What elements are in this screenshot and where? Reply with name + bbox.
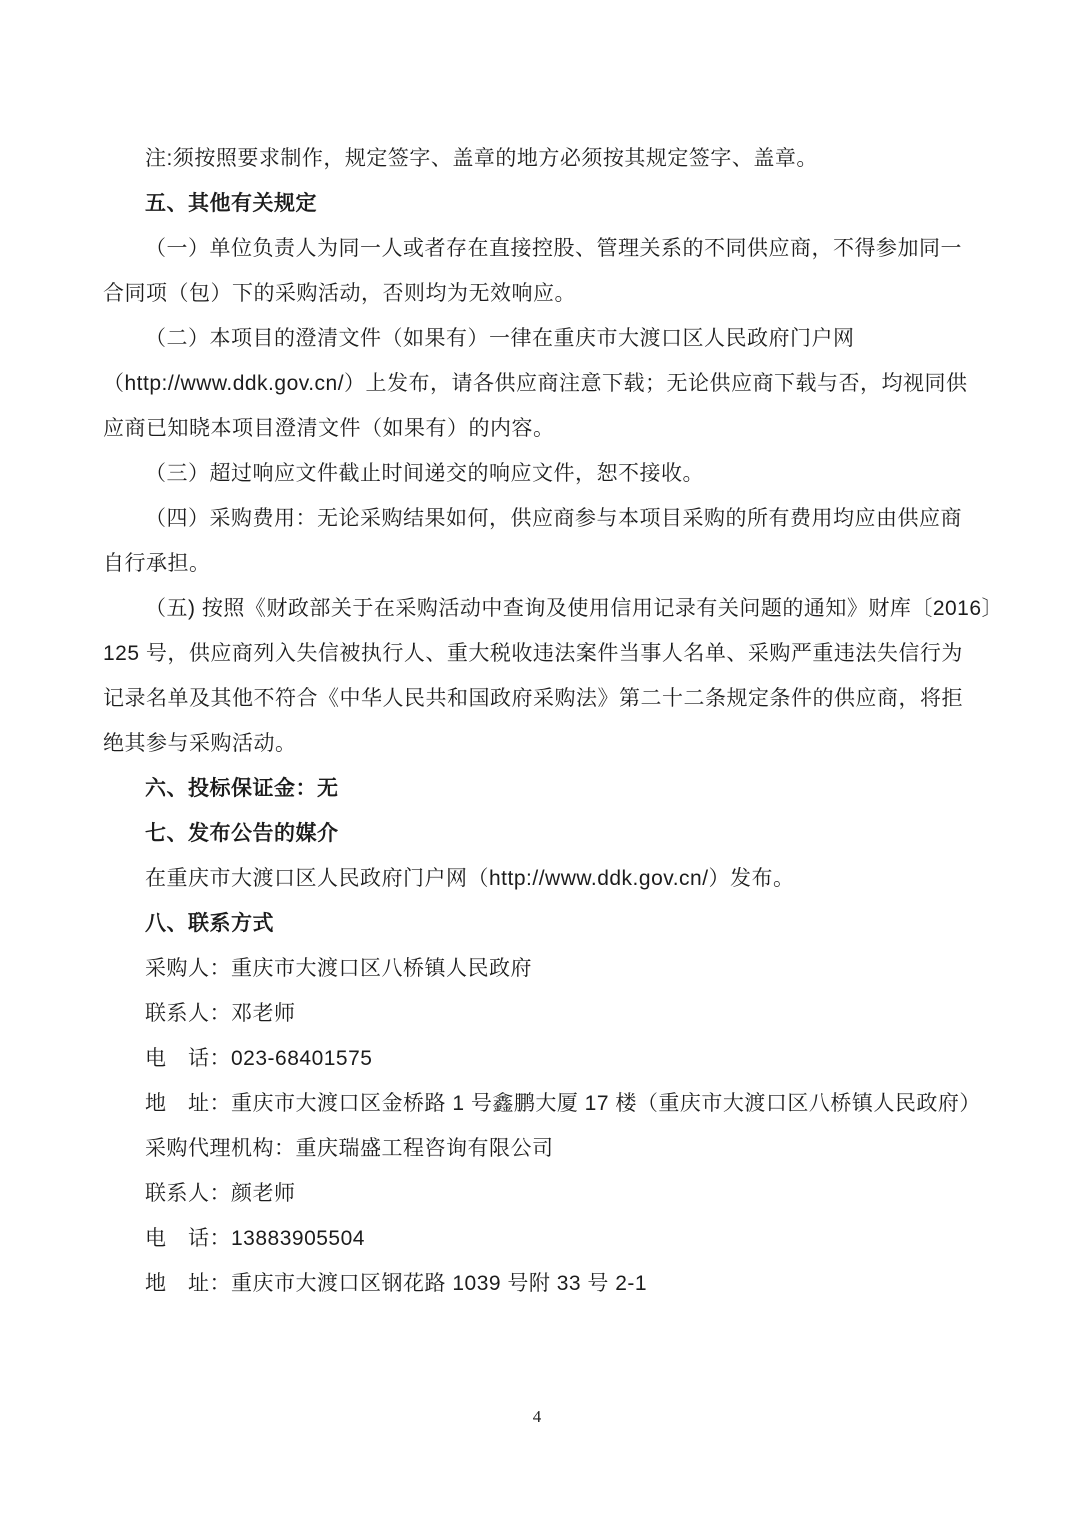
clause-5-line-3: 记录名单及其他不符合《中华人民共和国政府采购法》第二十二条规定条件的供应商，将拒 — [103, 676, 984, 721]
clause-2-line-2-url: （http://www.ddk.gov.cn/）上发布，请各供应商注意下载；无论… — [103, 361, 984, 406]
contact-person-line-1: 联系人：邓老师 — [103, 991, 984, 1036]
publish-media-line-url: 在重庆市大渡口区人民政府门户网（http://www.ddk.gov.cn/）发… — [103, 856, 984, 901]
clause-1-line-2: 合同项（包）下的采购活动，否则均为无效响应。 — [103, 271, 984, 316]
phone-line-2: 电 话：13883905504 — [103, 1216, 984, 1261]
clause-5-line-2: 125 号，供应商列入失信被执行人、重大税收违法案件当事人名单、采购严重违法失信… — [103, 631, 984, 676]
document-page: 注:须按照要求制作，规定签字、盖章的地方必须按其规定签字、盖章。 五、其他有关规… — [0, 0, 1074, 1520]
clause-5-line-1: （五) 按照《财政部关于在采购活动中查询及使用信用记录有关问题的通知》财库〔20… — [103, 586, 984, 631]
section-heading-5: 五、其他有关规定 — [103, 181, 984, 226]
clause-2-line-1: （二）本项目的澄清文件（如果有）一律在重庆市大渡口区人民政府门户网 — [103, 316, 984, 361]
clause-3-line: （三）超过响应文件截止时间递交的响应文件，恕不接收。 — [103, 451, 984, 496]
clause-5-line-4: 绝其参与采购活动。 — [103, 721, 984, 766]
phone-line-1: 电 话：023-68401575 — [103, 1036, 984, 1081]
contact-person-line-2: 联系人：颜老师 — [103, 1171, 984, 1216]
document-content: 注:须按照要求制作，规定签字、盖章的地方必须按其规定签字、盖章。 五、其他有关规… — [103, 136, 984, 1306]
clause-4-line-2: 自行承担。 — [103, 541, 984, 586]
address-line-2: 地 址：重庆市大渡口区钢花路 1039 号附 33 号 2-1 — [103, 1261, 984, 1306]
purchaser-line: 采购人：重庆市大渡口区八桥镇人民政府 — [103, 946, 984, 991]
clause-4-line-1: （四）采购费用：无论采购结果如何，供应商参与本项目采购的所有费用均应由供应商 — [103, 496, 984, 541]
page-number: 4 — [0, 1402, 1074, 1432]
section-heading-7: 七、发布公告的媒介 — [103, 811, 984, 856]
clause-1-line-1: （一）单位负责人为同一人或者存在直接控股、管理关系的不同供应商，不得参加同一 — [103, 226, 984, 271]
note-line: 注:须按照要求制作，规定签字、盖章的地方必须按其规定签字、盖章。 — [103, 136, 984, 181]
section-heading-8: 八、联系方式 — [103, 901, 984, 946]
procurement-agency-line: 采购代理机构：重庆瑞盛工程咨询有限公司 — [103, 1126, 984, 1171]
address-line-1: 地 址：重庆市大渡口区金桥路 1 号鑫鹏大厦 17 楼（重庆市大渡口区八桥镇人民… — [103, 1081, 984, 1126]
clause-2-line-3: 应商已知晓本项目澄清文件（如果有）的内容。 — [103, 406, 984, 451]
section-heading-6: 六、投标保证金：无 — [103, 766, 984, 811]
